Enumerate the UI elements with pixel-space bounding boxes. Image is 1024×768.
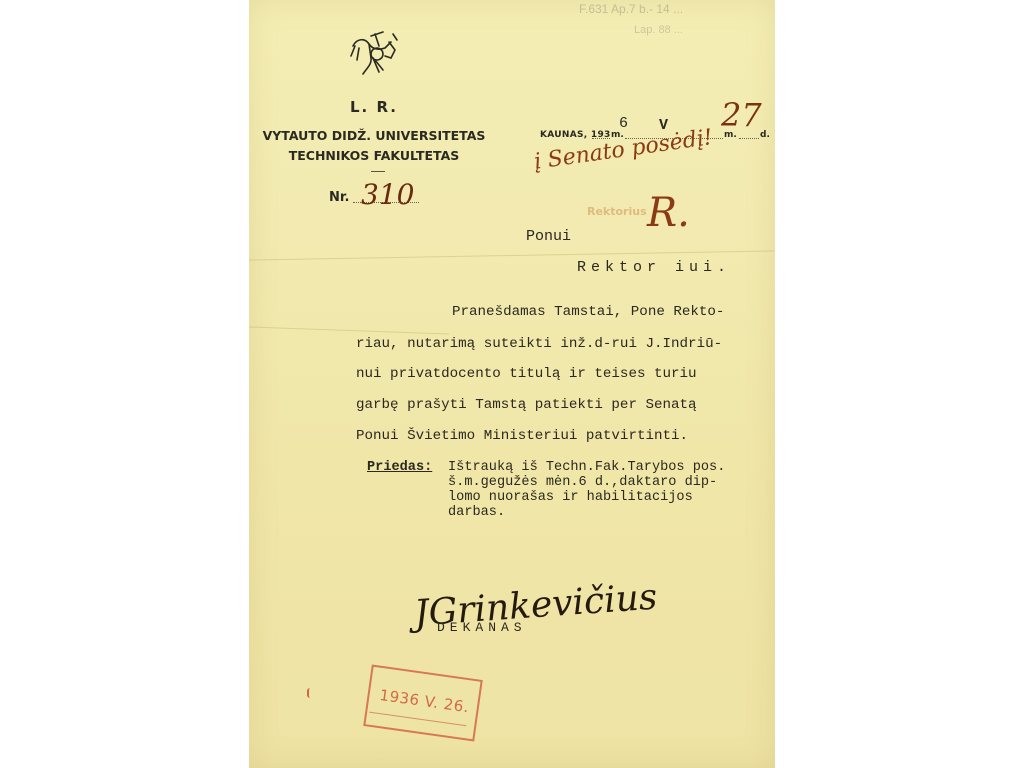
date-day-handwritten: 27 [721,96,762,134]
attachment-text: Ištrauką iš Techn.Fak.Tarybos pos.š.m.ge… [448,460,725,520]
addressee-line-1: Ponui [526,228,571,245]
body-line: garbę prašyti Tamstą patiekti per Senatą [356,397,697,413]
nr-dash [371,171,385,172]
attachment-line: Ištrauką iš Techn.Fak.Tarybos pos. [448,460,725,475]
stamp-date: 1936 V. 26. [378,686,470,716]
archive-pencil-note-2: Lap. 88 ... [634,24,683,36]
attachment-line: darbas. [448,505,725,520]
letterhead-faculty: TECHNIKOS FAKULTETAS [249,148,499,163]
letter-page: F.631 Ap.7 b.- 14 ... Lap. 88 ... L. R. … [249,0,775,768]
nr-label: Nr. [329,190,349,205]
paper-crease [249,327,449,335]
red-pencil-mark [307,688,313,698]
date-day-line [739,138,759,139]
rektorius-stamp: Rektorius [587,205,647,218]
archive-pencil-note: F.631 Ap.7 b.- 14 ... [579,2,683,16]
body-line: Pranešdamas Tamstai, Pone Rekto- [452,304,724,320]
body-line: Ponui Švietimo Ministeriui patvirtinti. [356,428,688,444]
letterhead-lr: L. R. [249,98,499,116]
dean-title: DEKANAS [437,620,527,635]
vytis-crest-icon [345,28,401,80]
attachment-line: š.m.gegužės mėn.6 d.,daktaro dip- [448,475,725,490]
nr-handwritten-number: 310 [361,178,414,211]
addressee-line-2: Rektor iui. [577,259,731,276]
body-line: riau, nutarimą suteikti inž.d-rui J.Indr… [356,336,722,352]
letterhead-university: VYTAUTO DIDŽ. UNIVERSITETAS [249,128,499,143]
attachment-line: lomo nuorašas ir habilitacijos [448,490,725,505]
received-date-stamp: 1936 V. 26. [363,665,483,742]
rector-signature: R. [647,190,690,236]
body-line: nui privatdocento titulą ir teises turiu [356,366,697,382]
attachment-label: Priedas: [367,460,432,475]
